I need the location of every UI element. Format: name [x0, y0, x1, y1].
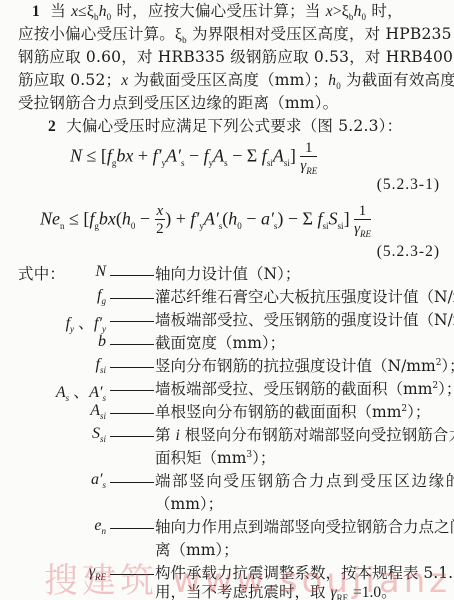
def-en-line1: 轴向力作用点到端部竖向受拉钢筋合力点之间的距: [155, 517, 454, 537]
symbol-Asi: Asi: [0, 402, 106, 420]
em-dash: [110, 574, 154, 575]
document-page: 1 当 x≤ξbh0 时，应按大偏心受压计算；当 x>ξbh0 时， 应按小偏心…: [0, 0, 454, 600]
em-dash: [110, 390, 154, 391]
def-Ssi-line1: 第 i 根竖向分布钢筋对端部竖向受拉钢筋合力点的: [155, 425, 454, 446]
def-b: 截面宽度（mm）；: [155, 333, 285, 353]
clause-number: 2: [48, 118, 56, 135]
def-as-line1: 端部竖向受压钢筋合力点到受压区边缘的距离: [155, 471, 454, 491]
symbol-Ssi: Ssi: [0, 425, 106, 443]
def-as-line2: （mm）；: [155, 494, 223, 514]
clause1-line1: 1 当 x≤ξbh0 时，应按大偏心受压计算；当 x>ξbh0 时，: [32, 1, 403, 22]
em-dash: [110, 298, 154, 299]
equation-5-2-3-2: Nen ≤ [fgbx(h0 − x2) + f′yA′s(h0 − a′s) …: [40, 203, 371, 238]
em-dash: [110, 436, 154, 437]
symbol-As: As 、A′s: [0, 379, 106, 402]
symbol-en: en: [0, 517, 106, 535]
symbol-as-prime: a′s: [0, 471, 106, 489]
fraction-1-over-gamma-re: 1γRE: [300, 140, 317, 175]
symbol-N: N: [0, 263, 106, 281]
clause1-line4: 筋应取 0.52；x 为截面受压区高度（mm）；h0 为截面有效高度即: [18, 70, 454, 91]
clause1-line5: 受拉钢筋合力点到受压区边缘的距离（mm）。: [18, 93, 338, 113]
def-As: 墙板端部受拉、受压钢筋的截面积（mm2）；: [155, 379, 454, 399]
equation-number: (5.2.3-2): [377, 243, 440, 261]
equation-number: (5.2.3-1): [377, 176, 440, 194]
symbol-fy: fy 、f′y: [0, 310, 106, 333]
em-dash: [110, 344, 154, 345]
fraction-1-over-gamma-re: 1γRE: [354, 203, 371, 238]
def-fg: 灌芯纤维石膏空心大板抗压强度设计值（N/mm2）；: [155, 287, 454, 307]
def-Asi: 单根竖向分布钢筋的截面面积（mm2）；: [155, 402, 430, 422]
em-dash: [110, 321, 154, 322]
em-dash: [110, 528, 154, 529]
em-dash: [110, 275, 154, 276]
em-dash: [110, 482, 154, 483]
def-gamma-re-line2: 用，当不考虑抗震时，取 γRE =1.0。: [155, 582, 397, 600]
def-fy: 墙板端部受拉、受压钢筋的强度设计值（N/mm2）；: [155, 310, 454, 330]
def-fsi: 竖向分布钢筋的抗拉强度设计值（N/mm2）；: [155, 356, 454, 376]
clause-number: 1: [32, 3, 40, 20]
em-dash: [110, 367, 154, 368]
clause2-line: 2 大偏心受压时应满足下列公式要求（图 5.2.3）：: [48, 116, 402, 137]
symbol-fg: fg: [0, 287, 106, 305]
def-gamma-re-line1: 构件承载力抗震调整系数，按本规程表 5.1.2 采: [155, 563, 454, 583]
clause1-line3: 钢筋应取 0.60，对 HRB335 级钢筋应取 0.53，对 HRB400 级…: [18, 47, 454, 67]
def-en-line2: 离（mm）；: [155, 540, 239, 560]
symbol-fsi: fsi: [0, 356, 106, 374]
fraction-x-over-2: x2: [155, 203, 166, 238]
def-Ssi-line2: 面积矩（mm3）；: [155, 448, 275, 468]
symbol-gamma-re: γRE: [0, 563, 106, 581]
equation-5-2-3-1: N ≤ [fgbx + f′yA′s − fyAs − Σ fsiAsi] 1γ…: [70, 140, 317, 175]
symbol-b: b: [0, 333, 106, 351]
em-dash: [110, 413, 154, 414]
clause1-line2: 应按小偏心受压计算。ξb 为界限相对受压区高度，对 HPB235 级: [18, 24, 454, 45]
def-N: 轴向力设计值（N）；: [155, 264, 300, 284]
